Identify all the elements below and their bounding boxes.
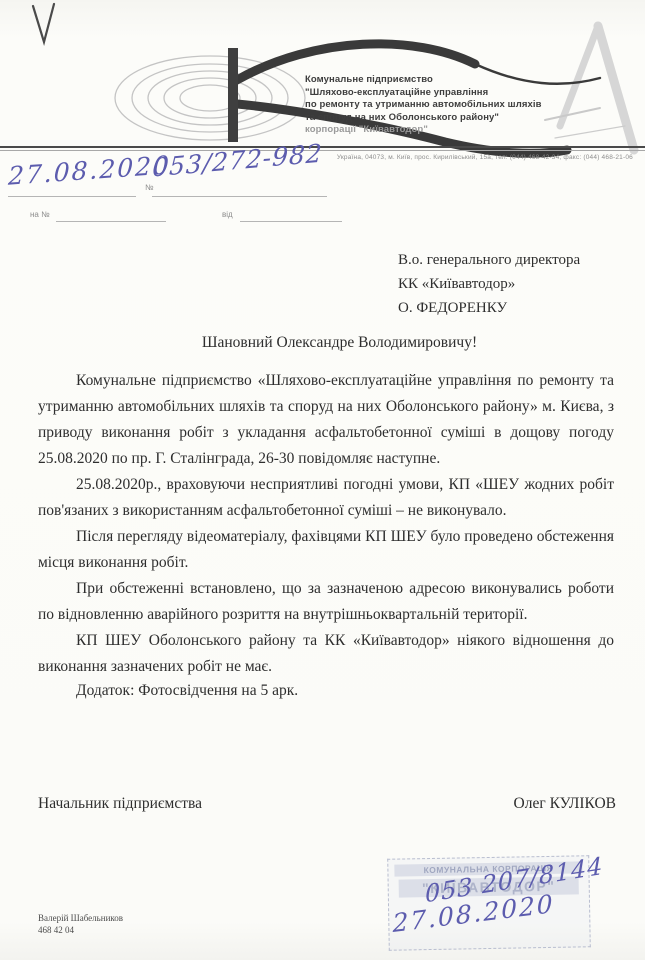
executor-block: Валерій Шабельников 468 42 04 <box>38 912 123 936</box>
recipient-block: В.о. генерального директора КК «Київавто… <box>398 248 580 320</box>
paragraph: Після перегляду відеоматеріалу, фахівцям… <box>38 524 614 576</box>
reply-to-line <box>56 221 166 222</box>
signer-position: Начальник підприємства <box>38 795 202 813</box>
company-line: та споруд на них Оболонського району" <box>305 112 580 125</box>
paragraph: При обстеженні встановлено, що за зазнач… <box>38 576 614 628</box>
company-line: Комунальне підприємство <box>305 74 580 87</box>
company-address-line: Україна, 04073, м. Київ, прос. Кирилівсь… <box>337 154 633 161</box>
salutation: Шановний Олександре Володимировичу! <box>0 334 645 352</box>
number-sign-label: № <box>145 183 154 192</box>
number-underline <box>152 196 327 197</box>
recipient-line: В.о. генерального директора <box>398 248 580 272</box>
scanned-letter-page: Комунальне підприємство "Шляхово-експлуа… <box>0 0 645 960</box>
reply-from-label: від <box>222 210 233 219</box>
company-line: корпорації "Київавтодор" <box>305 124 580 137</box>
executor-phone: 468 42 04 <box>38 924 123 936</box>
letter-body: Комунальне підприємство «Шляхово-експлуа… <box>38 368 614 680</box>
paragraph: 25.08.2020р., враховуючи несприятливі по… <box>38 472 614 524</box>
reply-from-line <box>240 221 342 222</box>
company-line: "Шляхово-експлуатаційне управління <box>305 87 580 100</box>
paragraph: Комунальне підприємство «Шляхово-експлуа… <box>38 368 614 472</box>
v-checkmark-icon <box>28 2 64 46</box>
recipient-line: О. ФЕДОРЕНКУ <box>398 296 580 320</box>
company-line: по ремонту та утриманню автомобільних шл… <box>305 99 580 112</box>
signature-row: Начальник підприємства Олег КУЛІКОВ <box>38 795 616 813</box>
date-underline <box>8 196 136 197</box>
paragraph: КП ШЕУ Оболонського району та КК «Київав… <box>38 628 614 680</box>
signer-name: Олег КУЛІКОВ <box>514 795 616 813</box>
company-name-block: Комунальне підприємство "Шляхово-експлуа… <box>305 74 580 137</box>
reply-to-label: на № <box>30 210 50 219</box>
attachment-line: Додаток: Фотосвідчення на 5 арк. <box>76 682 298 700</box>
recipient-line: КК «Київавтодор» <box>398 272 580 296</box>
executor-name: Валерій Шабельников <box>38 912 123 924</box>
